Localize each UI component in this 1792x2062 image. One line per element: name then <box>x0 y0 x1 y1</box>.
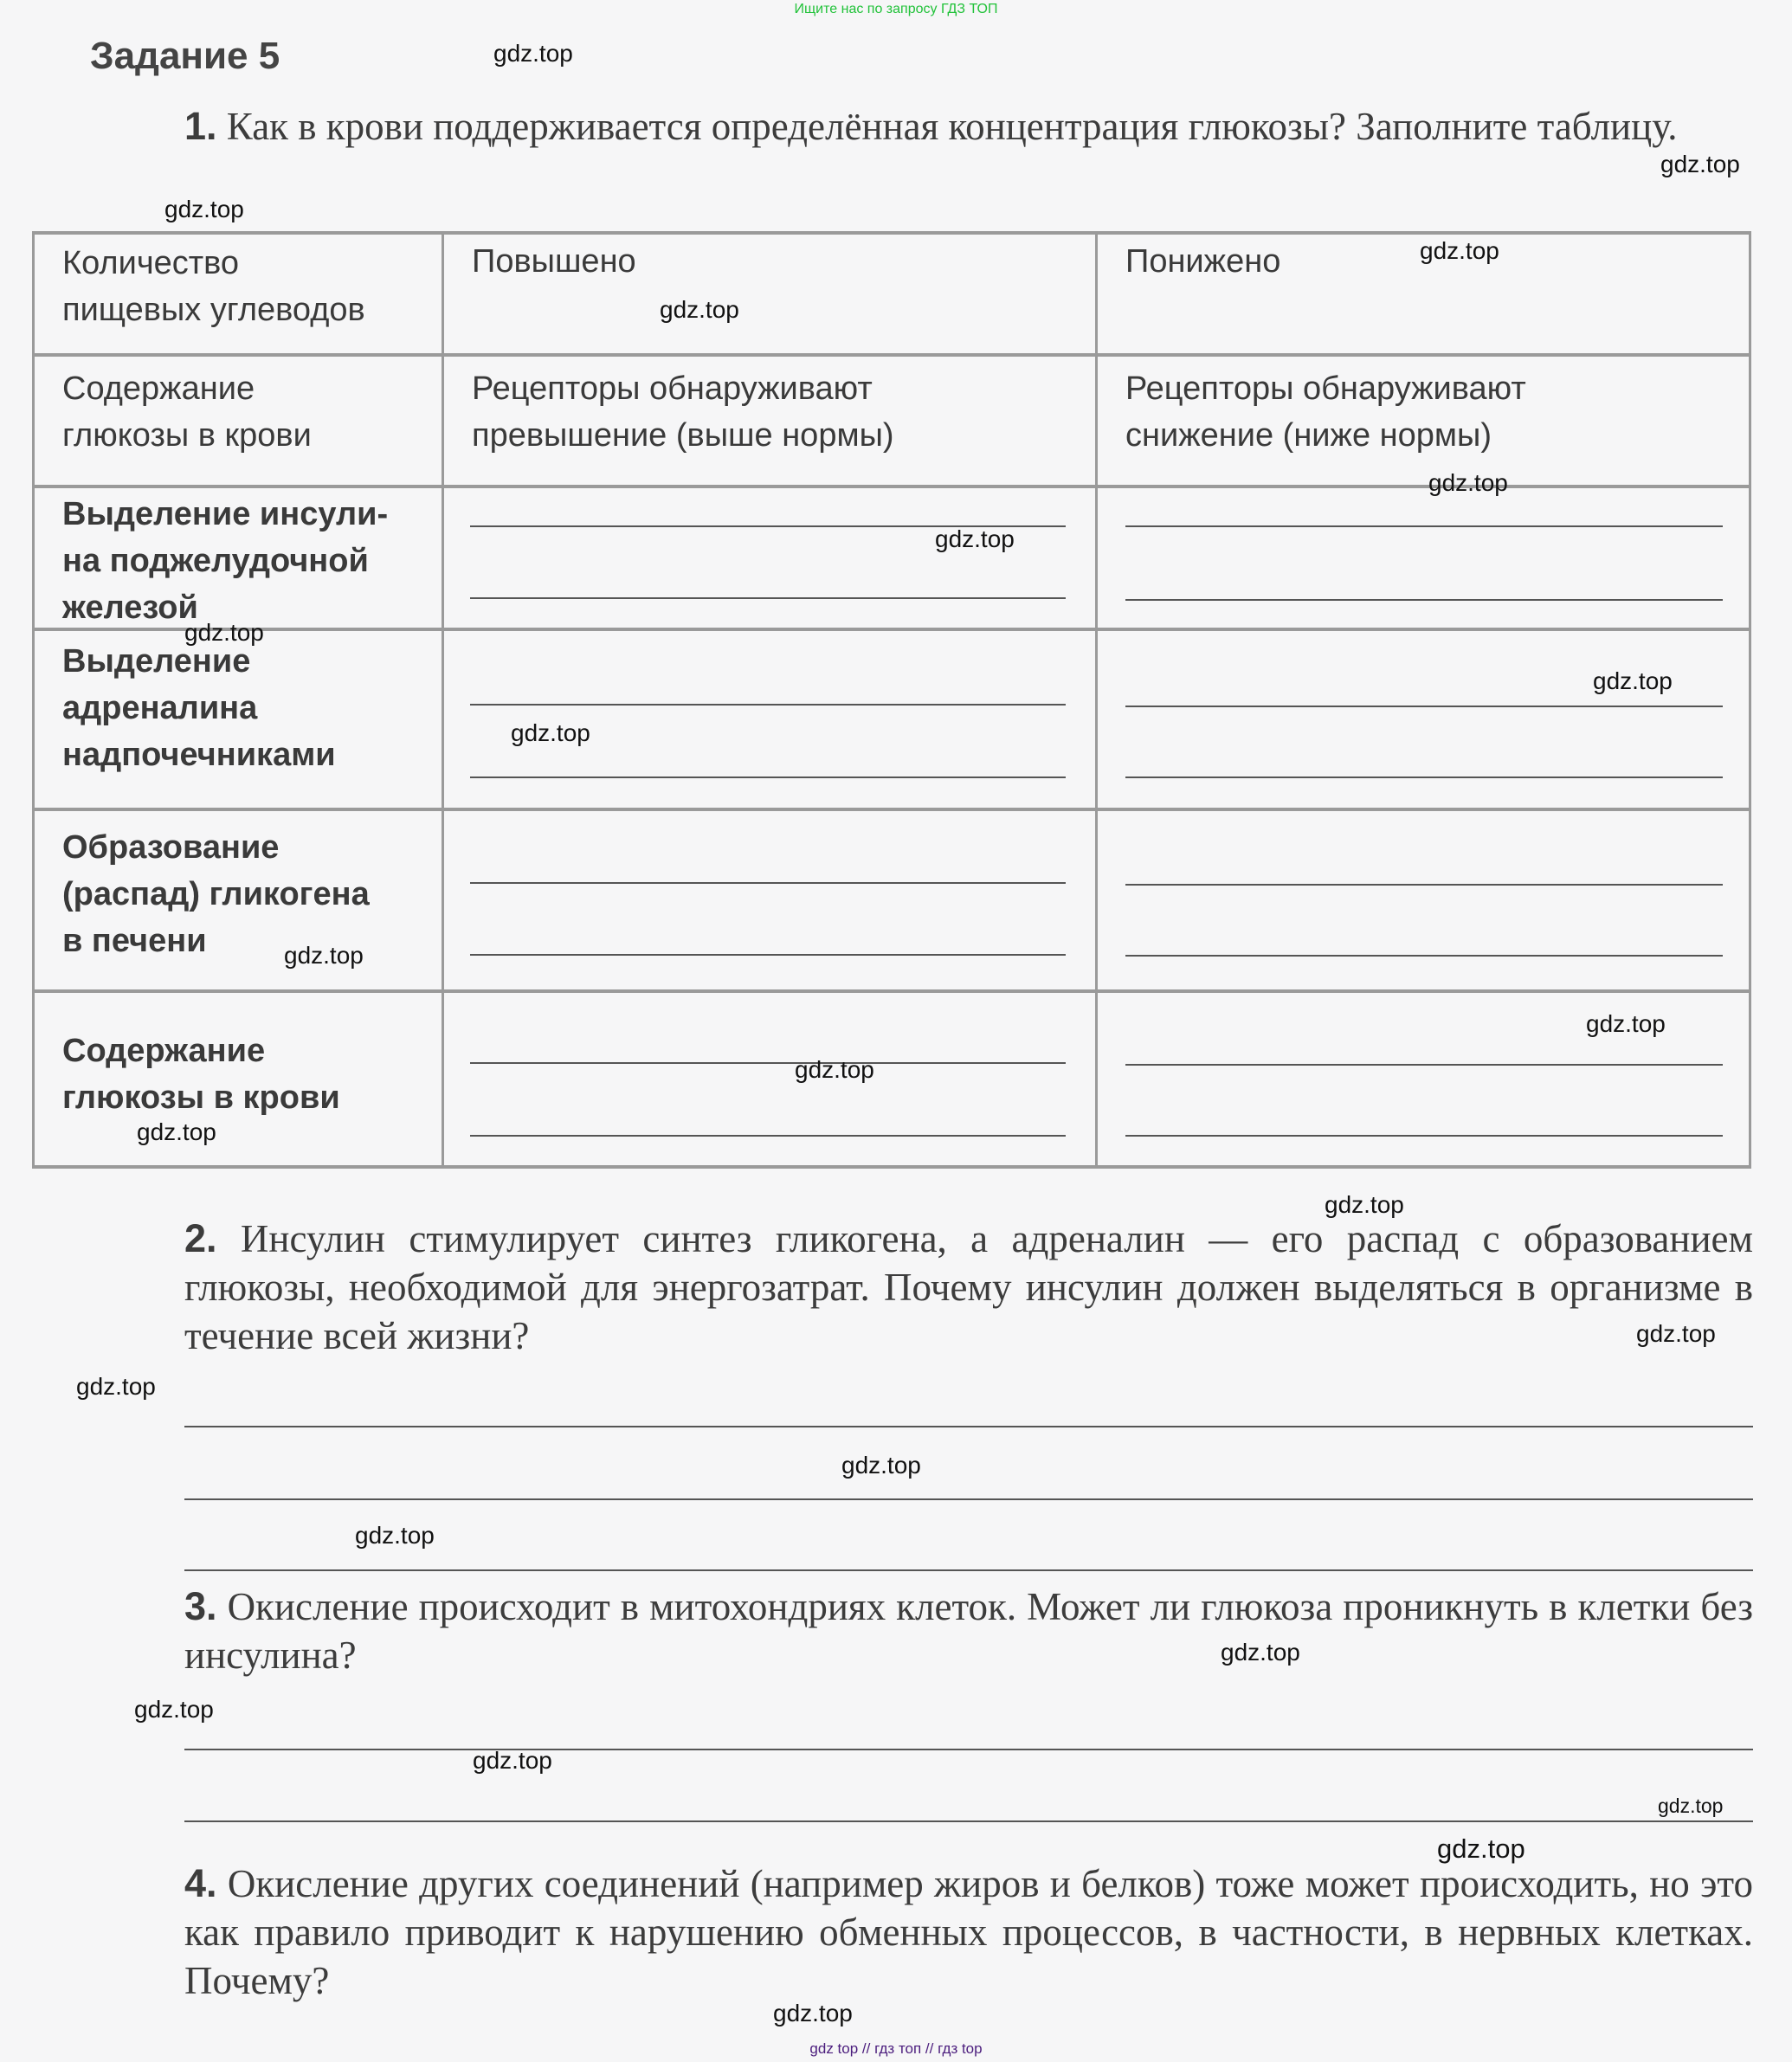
row-label: Содержание глюкозы в крови <box>62 1028 340 1121</box>
watermark: gdz.top <box>1660 151 1740 178</box>
answer-line-decreased[interactable] <box>1125 1135 1723 1137</box>
watermark: gdz.top <box>493 40 573 68</box>
cell-decreased: Рецепторы обнаруживают снижение (ниже но… <box>1125 365 1526 459</box>
answer-line-decreased[interactable] <box>1125 955 1723 957</box>
question-3: 3. Окисление происходит в митохондриях к… <box>184 1582 1753 1679</box>
table-border <box>32 989 1751 993</box>
question-text: Окисление других соединений (например жи… <box>184 1862 1753 2002</box>
answer-line-increased[interactable] <box>470 882 1066 884</box>
answer-line-q3[interactable] <box>184 1820 1753 1822</box>
answer-line-increased[interactable] <box>470 1062 1066 1064</box>
answer-line-increased[interactable] <box>470 776 1066 778</box>
answer-line-increased[interactable] <box>470 597 1066 599</box>
watermark: gdz.top <box>795 1056 874 1084</box>
watermark: gdz.top <box>1636 1320 1716 1348</box>
question-text: Окисление происходит в митохондриях клет… <box>184 1585 1753 1677</box>
cell-decreased: Понижено <box>1125 240 1280 283</box>
watermark: gdz.top <box>935 525 1015 553</box>
watermark: gdz.top <box>137 1118 216 1146</box>
cell-increased: Рецепторы обнаруживают превышение (выше … <box>472 365 894 459</box>
task-title: Задание 5 <box>90 35 280 78</box>
watermark: gdz.top <box>1420 237 1499 265</box>
watermark: gdz.top <box>511 719 590 747</box>
answer-line-q3[interactable] <box>184 1749 1753 1750</box>
watermark: gdz.top <box>773 2000 853 2027</box>
watermark: gdz.top <box>284 942 364 970</box>
question-number: 2. <box>184 1216 217 1260</box>
answer-line-q2[interactable] <box>184 1569 1753 1571</box>
table-border <box>1749 231 1751 1167</box>
question-1: 1. Как в крови поддерживается определённ… <box>184 102 1753 151</box>
glucose-regulation-table: Количество пищевых углеводов Повышено По… <box>32 231 1751 1167</box>
row-label: Выделение адреналина надпочечниками <box>62 638 336 778</box>
answer-line-decreased[interactable] <box>1125 884 1723 886</box>
watermark: gdz.top <box>164 196 244 223</box>
top-banner-link[interactable]: Ищите нас по запросу ГДЗ ТОП <box>0 2 1792 17</box>
answer-line-decreased[interactable] <box>1125 525 1723 527</box>
row-label: Содержание глюкозы в крови <box>62 365 312 459</box>
table-border <box>32 231 35 1167</box>
table-border <box>32 1165 1751 1169</box>
question-number: 1. <box>184 104 217 148</box>
watermark: gdz.top <box>1586 1010 1666 1038</box>
bottom-banner-link[interactable]: gdz top // гдз топ // гдз top <box>0 2040 1792 2058</box>
answer-line-decreased[interactable] <box>1125 706 1723 707</box>
answer-line-increased[interactable] <box>470 1135 1066 1137</box>
question-number: 3. <box>184 1584 217 1628</box>
table-border <box>32 231 1751 235</box>
watermark: gdz.top <box>134 1696 214 1724</box>
answer-line-decreased[interactable] <box>1125 599 1723 601</box>
cell-increased: Повышено <box>472 240 636 283</box>
question-text: Инсулин стимулирует синтез гликогена, а … <box>184 1217 1753 1357</box>
watermark: gdz.top <box>841 1452 921 1479</box>
question-4: 4. Окисление других соединений (например… <box>184 1859 1753 2005</box>
watermark: gdz.top <box>184 619 264 647</box>
answer-line-decreased[interactable] <box>1125 776 1723 778</box>
answer-line-q2[interactable] <box>184 1426 1753 1427</box>
answer-line-increased[interactable] <box>470 704 1066 706</box>
question-2: 2. Инсулин стимулирует синтез гликогена,… <box>184 1215 1753 1360</box>
answer-line-decreased[interactable] <box>1125 1064 1723 1066</box>
watermark: gdz.top <box>1593 667 1673 695</box>
watermark: gdz.top <box>1428 469 1508 497</box>
row-label: Количество пищевых углеводов <box>62 240 365 333</box>
answer-line-q2[interactable] <box>184 1498 1753 1500</box>
table-border <box>442 231 444 1167</box>
table-border <box>1095 231 1098 1167</box>
answer-line-increased[interactable] <box>470 954 1066 956</box>
watermark: gdz.top <box>1658 1795 1723 1818</box>
watermark: gdz.top <box>76 1373 156 1401</box>
question-text: Как в крови поддерживается определённая … <box>217 105 1678 148</box>
table-border <box>32 353 1751 357</box>
watermark: gdz.top <box>473 1747 552 1775</box>
watermark: gdz.top <box>660 296 739 324</box>
watermark: gdz.top <box>355 1522 435 1550</box>
row-label: Выделение инсули- на поджелудочной желез… <box>62 491 388 631</box>
question-number: 4. <box>184 1861 217 1905</box>
watermark: gdz.top <box>1437 1833 1525 1865</box>
watermark: gdz.top <box>1325 1191 1404 1219</box>
table-border <box>32 808 1751 811</box>
watermark: gdz.top <box>1221 1639 1300 1666</box>
